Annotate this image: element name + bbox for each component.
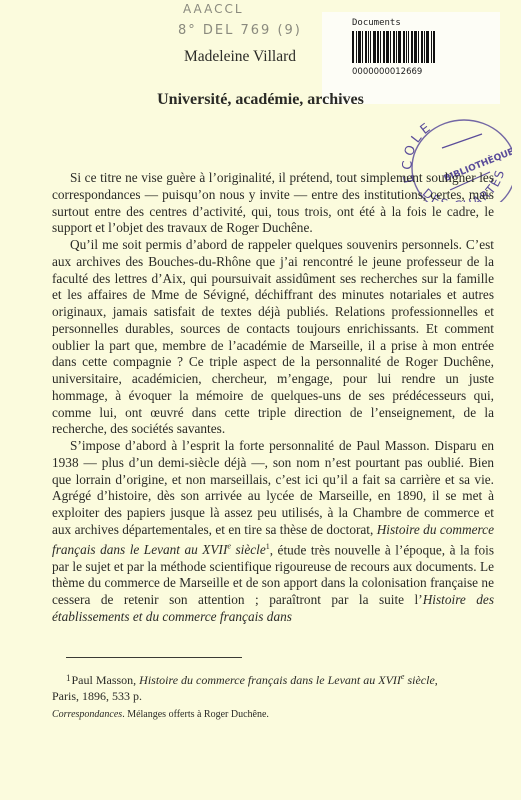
paragraph-1: Si ce titre ne vise guère à l’originalit… (52, 170, 494, 237)
barcode-bar (352, 31, 354, 63)
article-title: Université, académie, archives (0, 91, 521, 109)
barcode-bar (406, 31, 407, 63)
barcode-bar (403, 31, 405, 63)
source-title: Correspondances (52, 709, 122, 720)
barcode-bar (373, 31, 376, 63)
barcode-bar (398, 31, 401, 63)
handwritten-shelfmark-line1: AAACCL (183, 2, 244, 16)
footnote-book-title-end: siècle (407, 673, 434, 687)
article-body: Si ce titre ne vise guère à l’originalit… (52, 170, 494, 626)
barcode-bar (390, 31, 391, 63)
barcode-bar (377, 31, 379, 63)
barcode-bar (386, 31, 389, 63)
footnote-number: 1 (66, 673, 71, 683)
barcode-bar (393, 31, 395, 63)
footnote-book-title: Histoire du commerce français dans le Le… (139, 673, 435, 687)
barcode-bar (362, 31, 363, 63)
barcode-bar (421, 31, 423, 63)
handwritten-shelfmark-line2: 8° DEL 769 (9) (178, 23, 302, 38)
barcode-bar (433, 31, 435, 63)
barcode-bar (411, 31, 413, 63)
barcode-number: 0000000012669 (352, 67, 422, 77)
document-page: AAACCL 8° DEL 769 (9) Madeleine Villard … (0, 0, 521, 800)
barcode-bar (396, 31, 397, 63)
source-text: . Mélanges offerts à Roger Duchêne. (122, 709, 269, 720)
thesis-title-end: siècle (231, 542, 266, 557)
barcode-bar (370, 31, 371, 63)
paragraph-2: Qu’il me soit permis d’abord de rappeler… (52, 237, 494, 438)
barcode-bar (414, 31, 417, 63)
footnote-book-title-text: Histoire du commerce français dans le Le… (139, 673, 401, 687)
footnote-1: 1Paul Masson, Histoire du commerce franç… (52, 669, 462, 704)
barcode-bar (418, 31, 419, 63)
barcode-bar (380, 31, 381, 63)
barcode-bar (358, 31, 361, 63)
author-name: Madeleine Villard (184, 48, 296, 66)
barcode-bar (424, 31, 425, 63)
barcode-bar (431, 31, 432, 63)
paragraph-3: S’impose d’abord à l’esprit la forte per… (52, 438, 494, 626)
source-line: Correspondances. Mélanges offerts à Roge… (52, 709, 269, 720)
barcode-bar (365, 31, 367, 63)
footnote-book-title-sup: e (401, 672, 405, 681)
barcode-bar (383, 31, 385, 63)
barcode-bar (368, 31, 369, 63)
barcode-icon (352, 31, 470, 63)
barcode-bar (408, 31, 409, 63)
barcode-label-title: Documents (352, 18, 401, 28)
barcode-bar (356, 31, 357, 63)
footnote-text-a: Paul Masson, (72, 673, 140, 687)
barcode-bar (426, 31, 429, 63)
footnote-divider (66, 657, 242, 658)
